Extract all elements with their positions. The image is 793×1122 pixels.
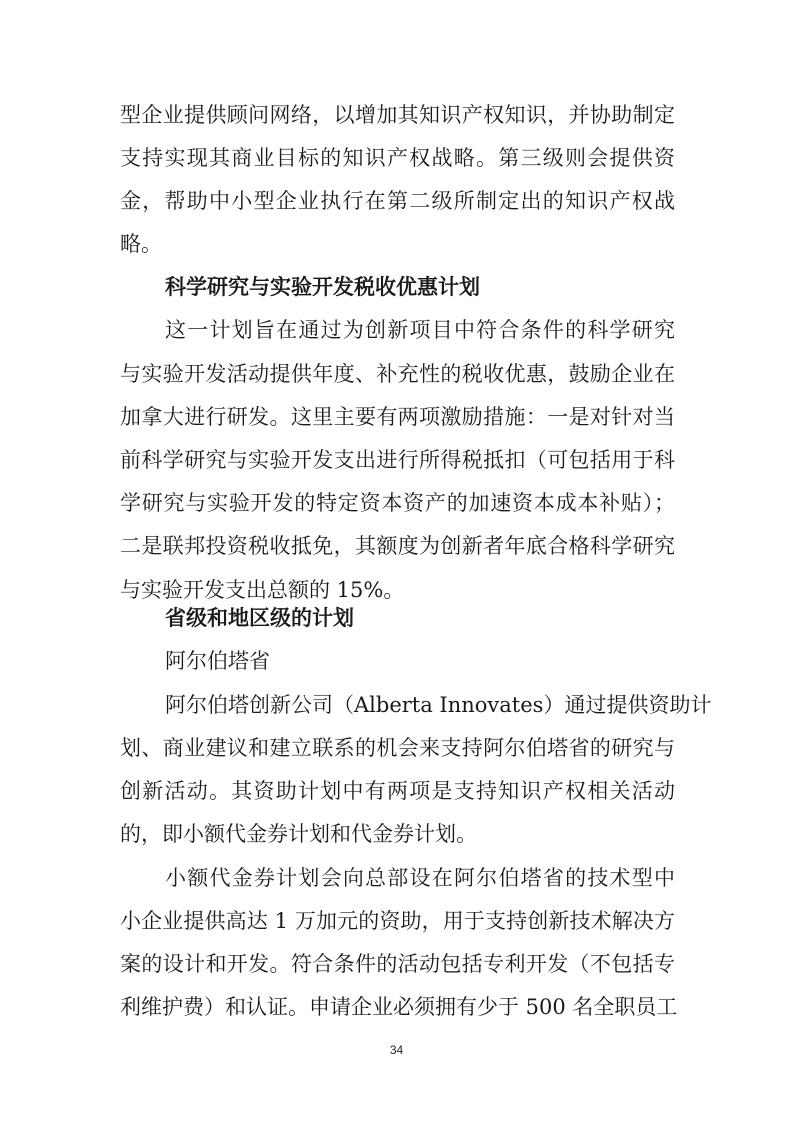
- body-text-line: 小额代金券计划会向总部设在阿尔伯塔省的技术型中: [165, 863, 675, 893]
- body-text-line: 阿尔伯塔创新公司（Alberta Innovates）通过提供资助计: [165, 690, 675, 720]
- body-text-line: 学研究与实验开发的特定资本资产的加速资本成本补贴）；: [120, 488, 675, 518]
- body-text-line: 金，帮助中小型企业执行在第二级所制定出的知识产权战: [120, 186, 675, 216]
- body-text-line: 利维护费）和认证。申请企业必须拥有少于 500 名全职员工: [120, 992, 675, 1022]
- body-text-line: 二是联邦投资税收抵免，其额度为创新者年底合格科学研究: [120, 531, 675, 561]
- body-text-line: 与实验开发活动提供年度、补充性的税收优惠，鼓励企业在: [120, 359, 675, 389]
- section-heading-sred: 科学研究与实验开发税收优惠计划: [165, 272, 480, 302]
- body-text-line: 的，即小额代金券计划和代金券计划。: [120, 819, 675, 849]
- body-text-line: 划、商业建议和建立联系的机会来支持阿尔伯塔省的研究与: [120, 733, 675, 763]
- subheading-alberta: 阿尔伯塔省: [165, 646, 270, 676]
- body-text-line: 与实验开发支出总额的 15%。: [120, 575, 675, 605]
- body-text-line: 创新活动。其资助计划中有两项是支持知识产权相关活动: [120, 776, 675, 806]
- page-number: 34: [0, 1043, 793, 1057]
- body-text-line: 前科学研究与实验开发支出进行所得税抵扣（可包括用于科: [120, 445, 675, 475]
- body-text-line: 略。: [120, 229, 675, 259]
- body-text-line: 案的设计和开发。符合条件的活动包括专利开发（不包括专: [120, 949, 675, 979]
- body-text-line: 加拿大进行研发。这里主要有两项激励措施：一是对针对当: [120, 402, 675, 432]
- body-text-line: 型企业提供顾问网络，以增加其知识产权知识，并协助制定: [120, 100, 675, 130]
- body-text-line: 小企业提供高达 1 万加元的资助，用于支持创新技术解决方: [120, 906, 675, 936]
- section-heading-provincial: 省级和地区级的计划: [165, 603, 354, 633]
- document-page: 型企业提供顾问网络，以增加其知识产权知识，并协助制定 支持实现其商业目标的知识产…: [0, 0, 793, 1122]
- body-text-line: 这一计划旨在通过为创新项目中符合条件的科学研究: [165, 315, 675, 345]
- body-text-line: 支持实现其商业目标的知识产权战略。第三级则会提供资: [120, 143, 675, 173]
